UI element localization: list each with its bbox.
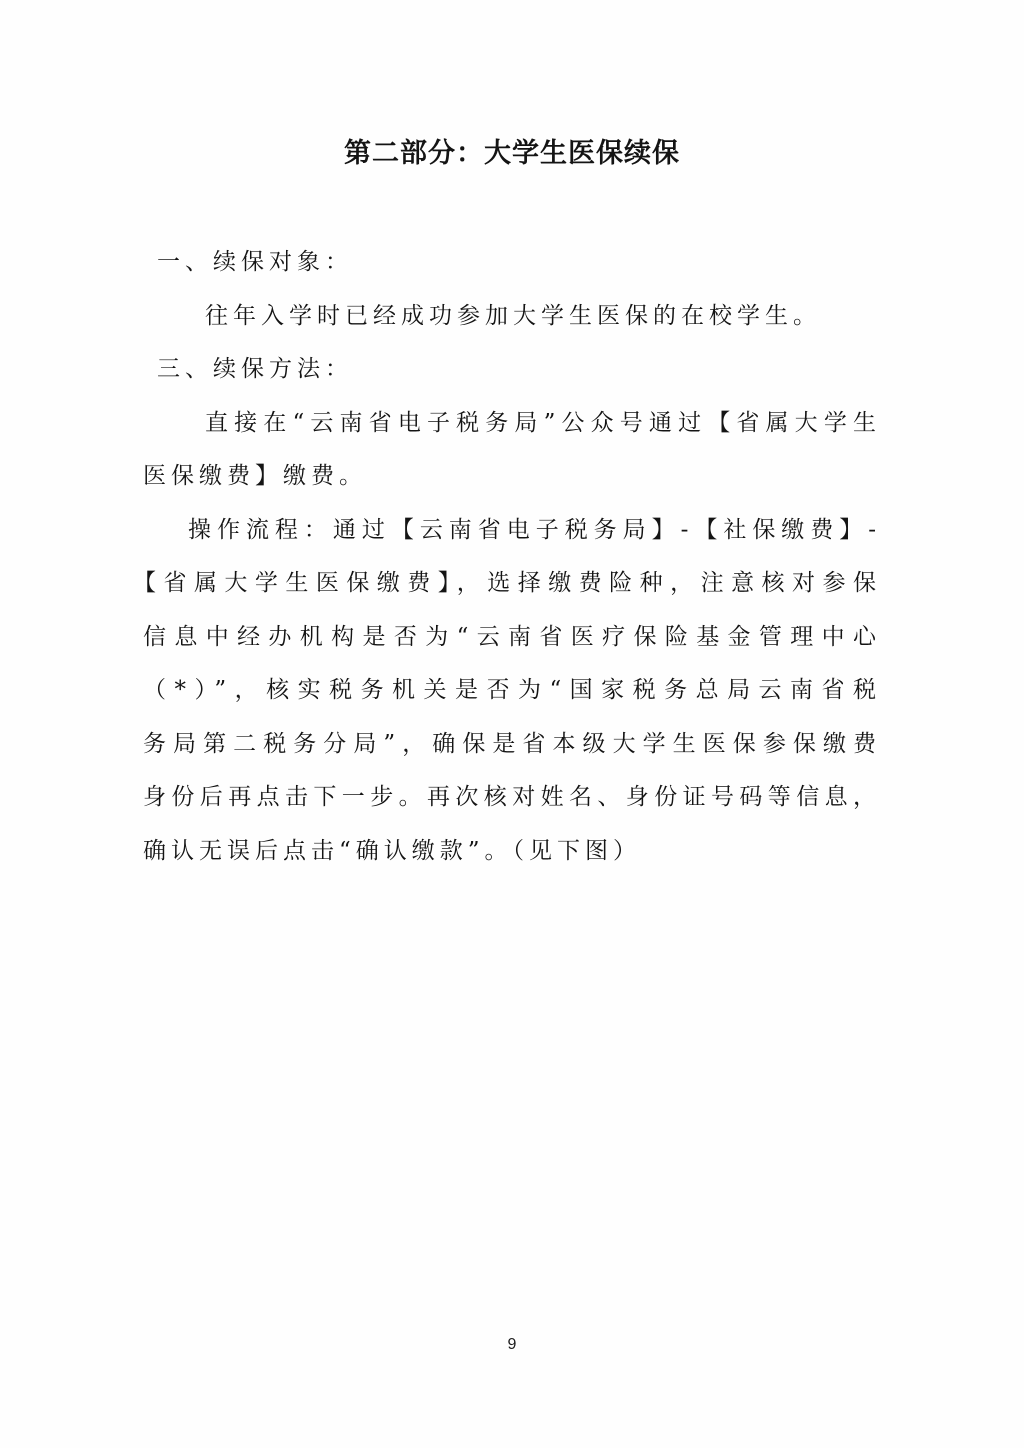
text-line: 往年入学时已经成功参加大学生医保的在校学生。 bbox=[143, 290, 881, 344]
text-line-list-item-1: 一、续保对象： bbox=[143, 236, 881, 290]
page-title: 第二部分：大学生医保续保 bbox=[143, 131, 881, 170]
text-line: 【省属大学生医保缴费】，选择缴费险种，注意核对参保 bbox=[133, 557, 881, 611]
text-line: 操作流程：通过【云南省电子税务局】-【社保缴费】- bbox=[143, 504, 881, 558]
text-line: 身份后再点击下一步。再次核对姓名、身份证号码等信息， bbox=[143, 771, 881, 825]
text-line: 确认无误后点击“确认缴款”。（见下图） bbox=[143, 825, 881, 879]
text-line: （*）”，核实税务机关是否为“国家税务总局云南省税 bbox=[143, 664, 881, 718]
document-body: 一、续保对象： 往年入学时已经成功参加大学生医保的在校学生。 三、续保方法： 直… bbox=[143, 236, 881, 878]
page-number: 9 bbox=[0, 1336, 1024, 1354]
text-line: 医保缴费】缴费。 bbox=[143, 450, 881, 504]
text-line: 务局第二税务分局”，确保是省本级大学生医保参保缴费 bbox=[143, 718, 881, 772]
text-line: 直接在“云南省电子税务局”公众号通过【省属大学生 bbox=[143, 397, 881, 451]
document-page: 第二部分：大学生医保续保 一、续保对象： 往年入学时已经成功参加大学生医保的在校… bbox=[0, 0, 1024, 1448]
text-line-list-item-3: 三、续保方法： bbox=[143, 343, 881, 397]
text-line: 信息中经办机构是否为“云南省医疗保险基金管理中心 bbox=[143, 611, 881, 665]
